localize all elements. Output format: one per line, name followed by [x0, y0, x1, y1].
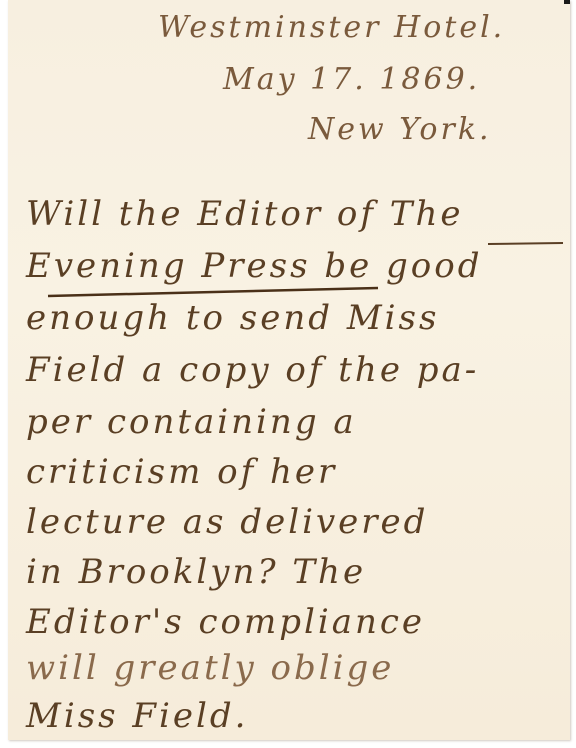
underline-strokes	[8, 0, 570, 740]
letter-paper: Westminster Hotel. May 17. 1869. New Yor…	[8, 0, 570, 740]
